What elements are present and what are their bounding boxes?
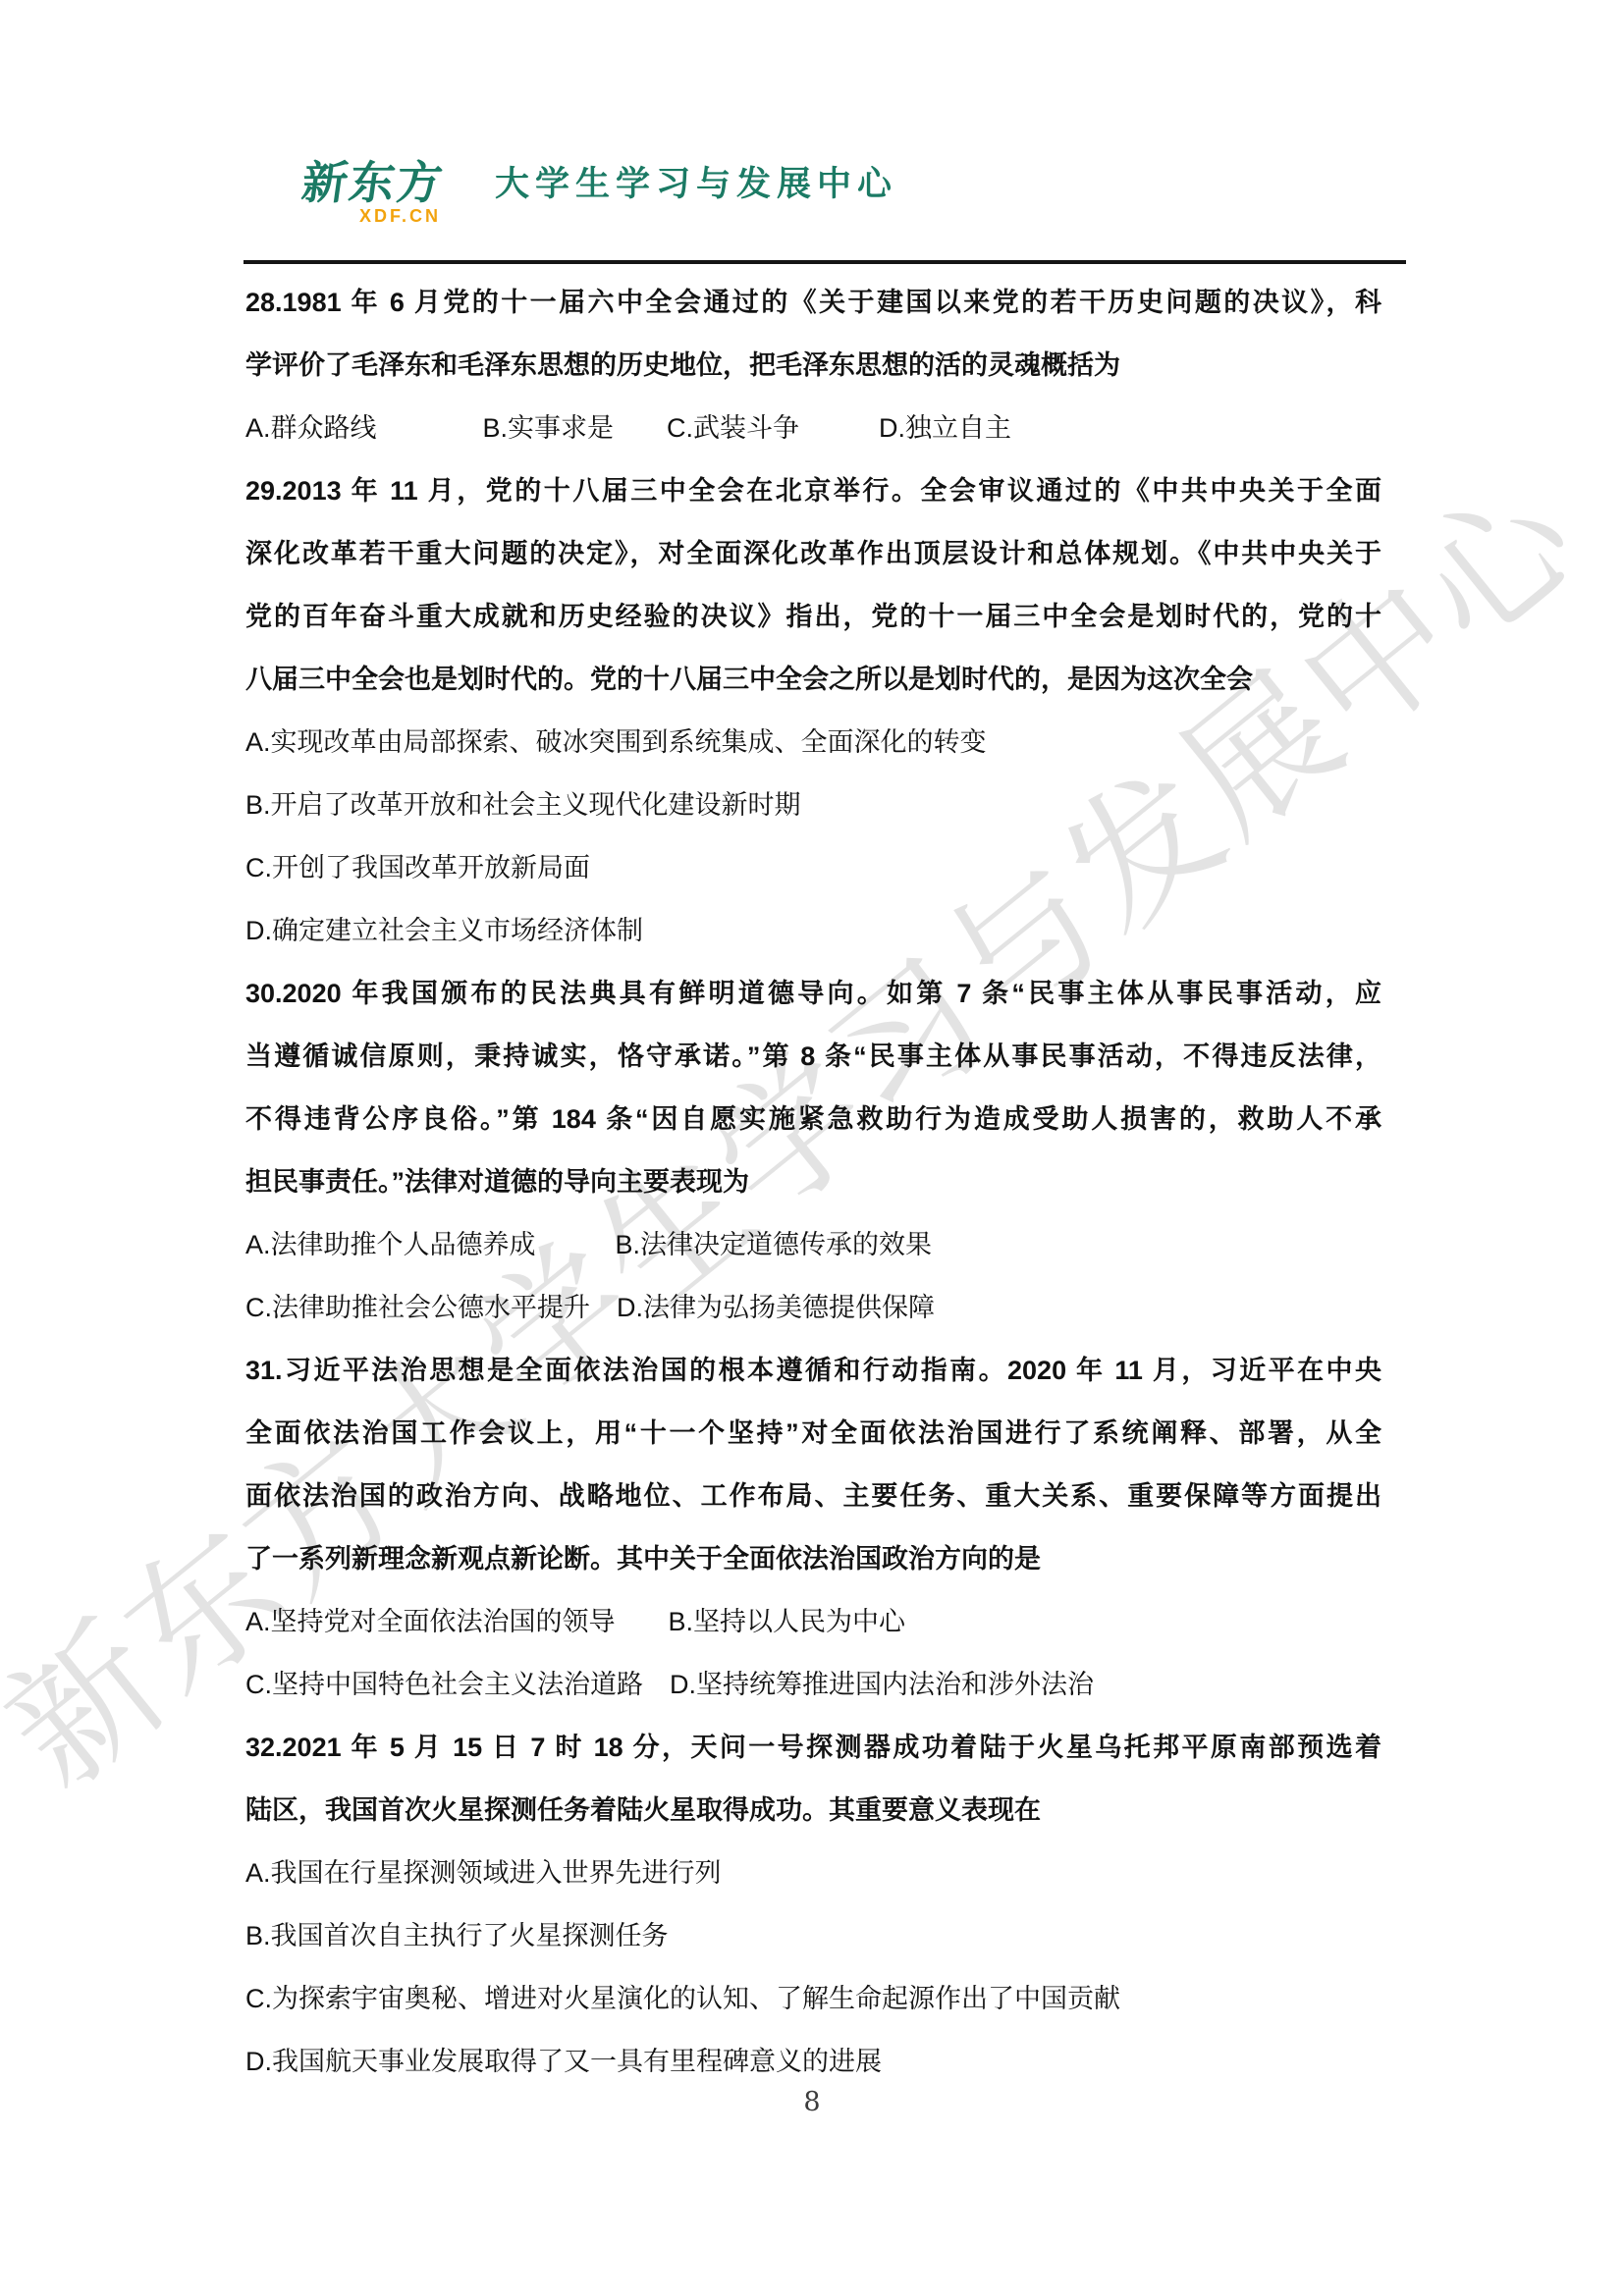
question-stem-line: 了一系列新理念新观点新论断。其中关于全面依法治国政治方向的是: [245, 1527, 1381, 1590]
question-stem-line: 学评价了毛泽东和毛泽东思想的历史地位，把毛泽东思想的活的灵魂概括为: [245, 334, 1381, 397]
option-line: D.确定建立社会主义市场经济体制: [245, 899, 1381, 962]
question-stem-line: 29.2013 年 11 月，党的十八届三中全会在北京举行。全会审议通过的《中共…: [245, 459, 1381, 522]
option-line: B.我国首次自主执行了火星探测任务: [245, 1904, 1381, 1967]
question-stem-line: 不得违背公序良俗。”第 184 条“因自愿实施紧急救助行为造成受助人损害的，救助…: [245, 1088, 1381, 1150]
xdf-logo: 新东方: [299, 160, 447, 205]
center-name-title: 大学生学习与发展中心: [495, 167, 897, 201]
question-stem-line: 八届三中全会也是划时代的。党的十八届三中全会之所以是划时代的，是因为这次全会: [245, 648, 1381, 711]
question-stem-line: 深化改革若干重大问题的决定》，对全面深化改革作出顶层设计和总体规划。《中共中央关…: [245, 522, 1381, 585]
option-line: A.坚持党对全面依法治国的领导 B.坚持以人民为中心: [245, 1590, 1381, 1653]
option-line: C.坚持中国特色社会主义法治道路 D.坚持统筹推进国内法治和涉外法治: [245, 1653, 1381, 1716]
option-line: D.我国航天事业发展取得了又一具有里程碑意义的进展: [245, 2030, 1381, 2093]
question-stem-line: 担民事责任。”法律对道德的导向主要表现为: [245, 1150, 1381, 1213]
exam-page: 新东方大学生学习与发展中心 新东方 XDF.CN 大学生学习与发展中心 28.1…: [0, 0, 1624, 2296]
option-line: C.开创了我国改革开放新局面: [245, 836, 1381, 899]
option-line: C.为探索宇宙奥秘、增进对火星演化的认知、了解生命起源作出了中国贡献: [245, 1967, 1381, 2030]
question-stem-line: 全面依法治国工作会议上，用“十一个坚持”对全面依法治国进行了系统阐释、部署，从全: [245, 1402, 1381, 1465]
question-stem-line: 陆区，我国首次火星探测任务着陆火星取得成功。其重要意义表现在: [245, 1779, 1381, 1842]
header-divider-rule: [244, 260, 1406, 264]
content-area: 28.1981 年 6 月党的十一届六中全会通过的《关于建国以来党的若干历史问题…: [245, 271, 1381, 2093]
question-stem-line: 28.1981 年 6 月党的十一届六中全会通过的《关于建国以来党的若干历史问题…: [245, 271, 1381, 334]
option-line: B.开启了改革开放和社会主义现代化建设新时期: [245, 774, 1381, 836]
question-stem-line: 党的百年奋斗重大成就和历史经验的决议》指出，党的十一届三中全会是划时代的，党的十: [245, 585, 1381, 648]
option-line: C.法律助推社会公德水平提升 D.法律为弘扬美德提供保障: [245, 1276, 1381, 1339]
page-number: 8: [0, 2085, 1624, 2120]
question-stem-line: 30.2020 年我国颁布的民法典具有鲜明道德导向。如第 7 条“民事主体从事民…: [245, 962, 1381, 1025]
option-line: A.我国在行星探测领域进入世界先进行列: [245, 1842, 1381, 1904]
option-line: A.实现改革由局部探索、破冰突围到系统集成、全面深化的转变: [245, 711, 1381, 774]
xdf-domain-label: XDF.CN: [359, 207, 441, 225]
question-stem-line: 当遵循诚信原则，秉持诚实，恪守承诺。”第 8 条“民事主体从事民事活动，不得违反…: [245, 1025, 1381, 1088]
option-line: A.群众路线 B.实事求是 C.武装斗争 D.独立自主: [245, 397, 1381, 459]
question-stem-line: 31.习近平法治思想是全面依法治国的根本遵循和行动指南。2020 年 11 月，…: [245, 1339, 1381, 1402]
option-line: A.法律助推个人品德养成 B.法律决定道德传承的效果: [245, 1213, 1381, 1276]
question-stem-line: 面依法治国的政治方向、战略地位、工作布局、主要任务、重大关系、重要保障等方面提出: [245, 1465, 1381, 1527]
question-stem-line: 32.2021 年 5 月 15 日 7 时 18 分，天问一号探测器成功着陆于…: [245, 1716, 1381, 1779]
